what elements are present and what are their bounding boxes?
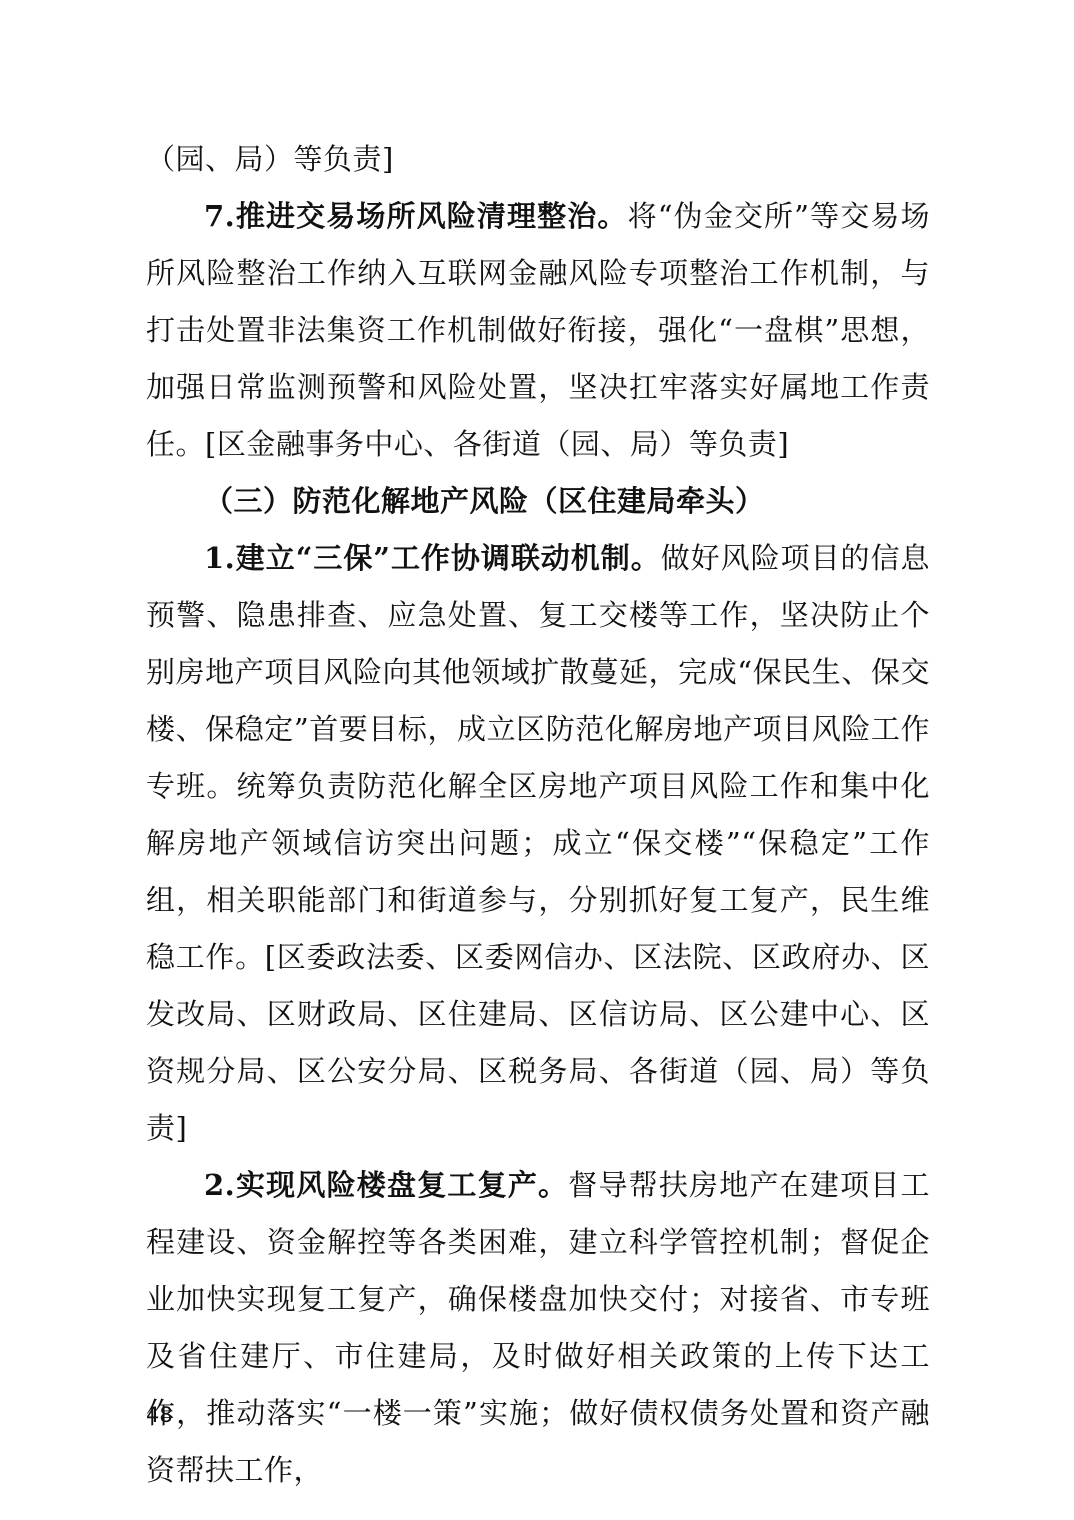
paragraph-item-2: 2.实现风险楼盘复工复产。督导帮扶房地产在建项目工程建设、资金解控等各类困难，建…	[146, 1157, 930, 1499]
document-page: （园、局）等负责] 7.推进交易场所风险清理整治。将“伪金交所”等交易场所风险整…	[0, 0, 1074, 1520]
paragraph-item-1-lead: 1.建立“三保”工作协调联动机制。	[204, 541, 661, 575]
paragraph-item-7-body: 将“伪金交所”等交易场所风险整治工作纳入互联网金融风险专项整治工作机制，与打击处…	[146, 199, 930, 461]
paragraph-item-2-body: 督导帮扶房地产在建项目工程建设、资金解控等各类困难，建立科学管控机制；督促企业加…	[146, 1168, 930, 1487]
paragraph-continuation: （园、局）等负责]	[146, 131, 930, 188]
paragraph-item-2-lead: 2.实现风险楼盘复工复产。	[204, 1168, 568, 1202]
paragraph-item-1-body: 做好风险项目的信息预警、隐患排查、应急处置、复工交楼等工作，坚决防止个别房地产项…	[146, 541, 930, 1145]
section-heading-three: （三）防范化解地产风险（区住建局牵头）	[146, 473, 930, 530]
paragraph-item-7: 7.推进交易场所风险清理整治。将“伪金交所”等交易场所风险整治工作纳入互联网金融…	[146, 188, 930, 473]
document-text-block: （园、局）等负责] 7.推进交易场所风险清理整治。将“伪金交所”等交易场所风险整…	[146, 131, 930, 1499]
page-number: 48	[146, 1402, 173, 1428]
paragraph-item-7-lead: 7.推进交易场所风险清理整治。	[204, 199, 628, 233]
paragraph-item-1: 1.建立“三保”工作协调联动机制。做好风险项目的信息预警、隐患排查、应急处置、复…	[146, 530, 930, 1157]
